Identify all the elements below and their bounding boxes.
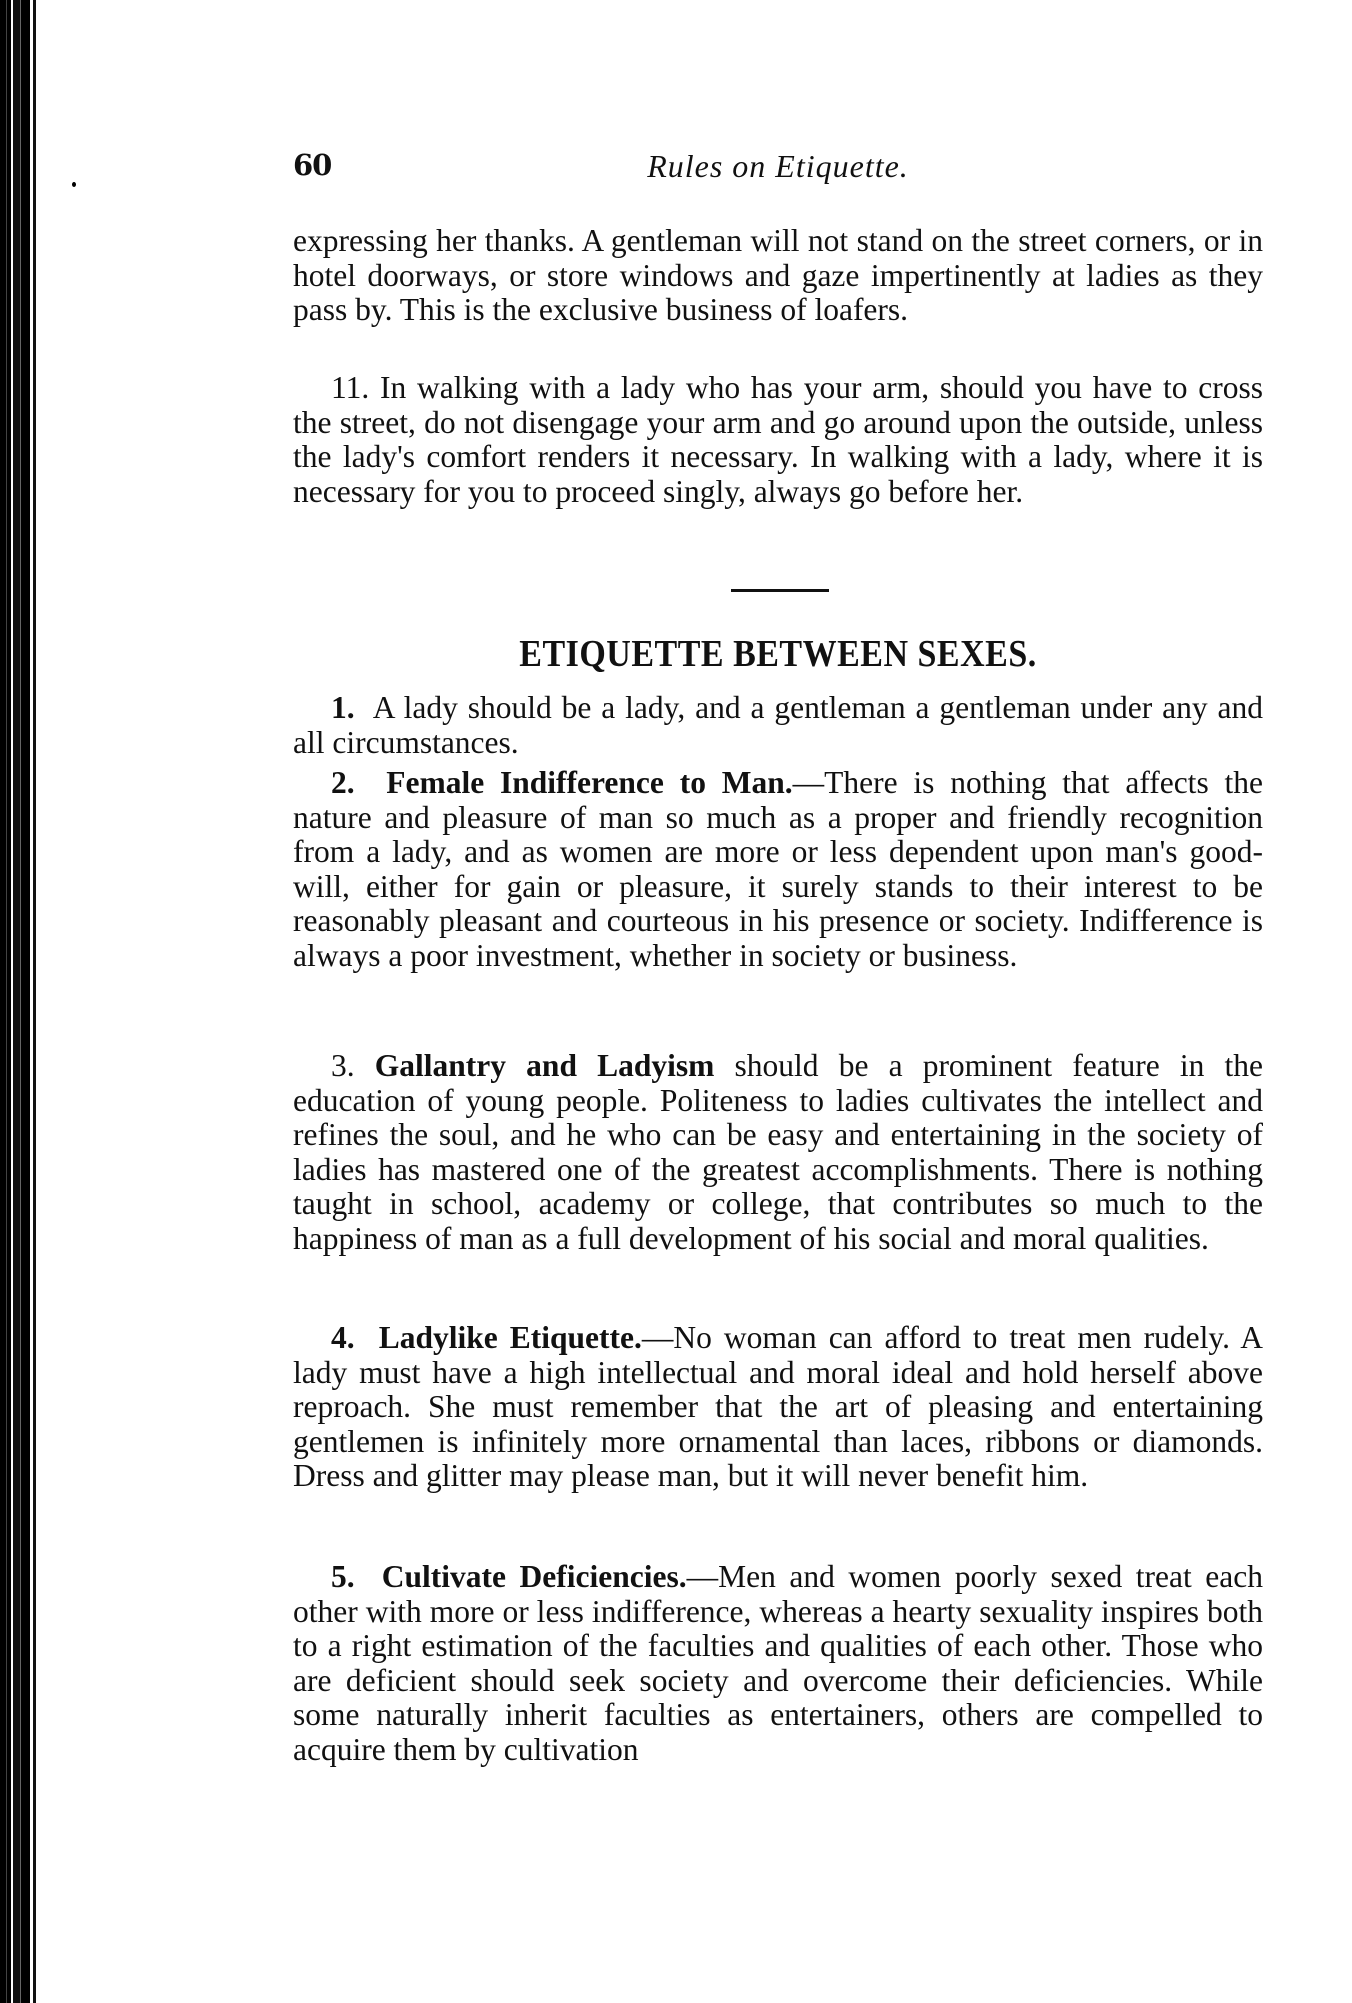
section-item-2: 2. Female Indifference to Man.—There is …: [293, 766, 1263, 973]
continuation-paragraph: expressing her thanks. A gentleman will …: [293, 224, 1263, 328]
item-text: A lady should be a lady, and a gentleman…: [293, 690, 1263, 760]
paragraph-text: expressing her thanks. A gentleman will …: [293, 224, 1263, 328]
section-divider: [731, 589, 829, 592]
item-number: 4.: [331, 1320, 355, 1355]
paragraph: 11. In walking with a lady who has your …: [293, 371, 1263, 509]
item-number: 11.: [331, 370, 369, 405]
gutter-line: [33, 0, 36, 2003]
paragraph: 2. Female Indifference to Man.—There is …: [293, 766, 1263, 973]
rule-item-11: 11. In walking with a lady who has your …: [293, 371, 1263, 509]
book-binding-edge: [0, 0, 30, 2003]
paragraph: 3. Gallantry and Ladyism should be a pro…: [293, 1049, 1263, 1256]
running-head: 60 Rules on Etiquette.: [293, 148, 1263, 188]
item-text: In walking with a lady who has your arm,…: [293, 370, 1263, 509]
item-number: 3.: [331, 1048, 355, 1083]
section-item-1: 1. A lady should be a lady, and a gentle…: [293, 691, 1263, 760]
section-item-5: 5. Cultivate Deficiencies.—Men and women…: [293, 1560, 1263, 1767]
section-item-3: 3. Gallantry and Ladyism should be a pro…: [293, 1049, 1263, 1256]
item-title: Ladylike Etiquette.: [379, 1320, 642, 1355]
paragraph: 1. A lady should be a lady, and a gentle…: [293, 691, 1263, 760]
section-heading: ETIQUETTE BETWEEN SEXES.: [293, 634, 1263, 677]
item-number: 1.: [331, 690, 355, 725]
item-title: Female Indifference to Man.: [386, 765, 792, 800]
item-number: 5.: [331, 1559, 355, 1594]
item-title: Gallantry and Ladyism: [375, 1048, 715, 1083]
paragraph: 5. Cultivate Deficiencies.—Men and women…: [293, 1560, 1263, 1767]
item-title: Cultivate Deficiencies.: [382, 1559, 687, 1594]
print-speck: [72, 182, 76, 187]
item-number: 2.: [331, 765, 355, 800]
running-title: Rules on Etiquette.: [293, 148, 1263, 185]
section-item-4: 4. Ladylike Etiquette.—No woman can affo…: [293, 1321, 1263, 1494]
paragraph: 4. Ladylike Etiquette.—No woman can affo…: [293, 1321, 1263, 1494]
